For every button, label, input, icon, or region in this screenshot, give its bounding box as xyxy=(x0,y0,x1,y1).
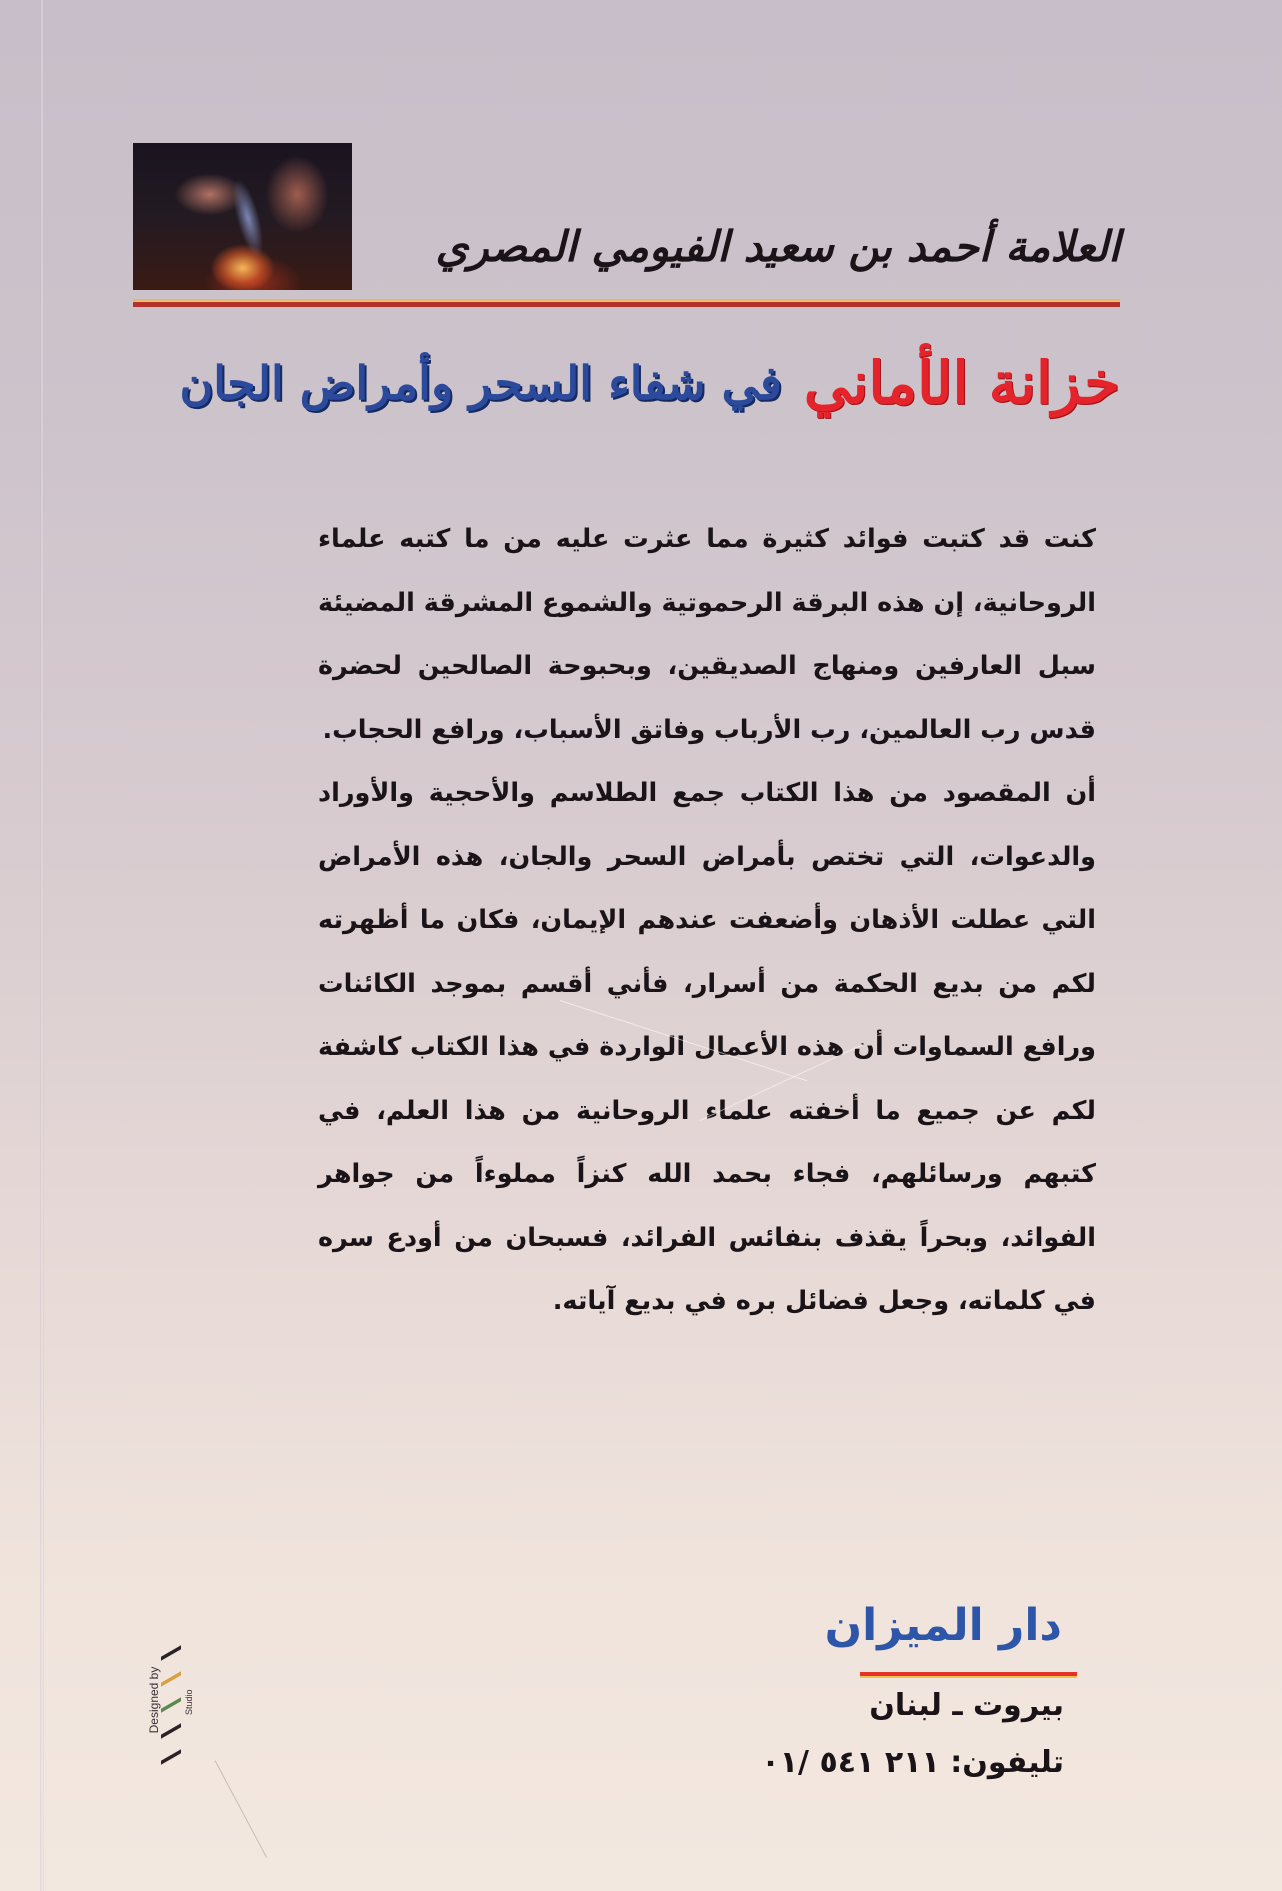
publisher-city: بيروت ـ لبنان xyxy=(869,1688,1064,1723)
divider-yellow-line xyxy=(133,299,1120,301)
title-divider xyxy=(133,299,1120,307)
designer-credit: Designed by Studio xyxy=(130,1645,192,1763)
smoke-graphic xyxy=(216,165,281,272)
publisher-phone: تليفون: ٢١١ ٥٤١ /٠١ xyxy=(761,1745,1064,1780)
cover-photo xyxy=(133,143,352,290)
back-cover-blurb: كنت قد كتبت فوائد كثيرة مما عثرت عليه من… xyxy=(318,508,1096,1334)
book-title-main: خزانة الأماني xyxy=(804,349,1120,417)
publisher-name: دار الميزان xyxy=(825,1600,1062,1651)
author-name: العلامة أحمد بن سعيد الفيومي المصري xyxy=(435,222,1120,286)
paper-scratch xyxy=(215,1760,268,1858)
book-title-subtitle: في شفاء السحر وأمراض الجان xyxy=(179,356,781,410)
studio-label: Studio xyxy=(184,1665,194,1715)
designed-by-label: Designed by xyxy=(147,1640,161,1760)
publisher-rule xyxy=(860,1672,1077,1676)
studio-logo-icon xyxy=(160,1651,182,1759)
spine-crease xyxy=(40,0,44,1891)
divider-red-line xyxy=(133,302,1120,307)
book-title: خزانة الأماني في شفاء السحر وأمراض الجان xyxy=(160,338,1120,428)
blurb-paragraph-1: كنت قد كتبت فوائد كثيرة مما عثرت عليه من… xyxy=(318,508,1096,762)
